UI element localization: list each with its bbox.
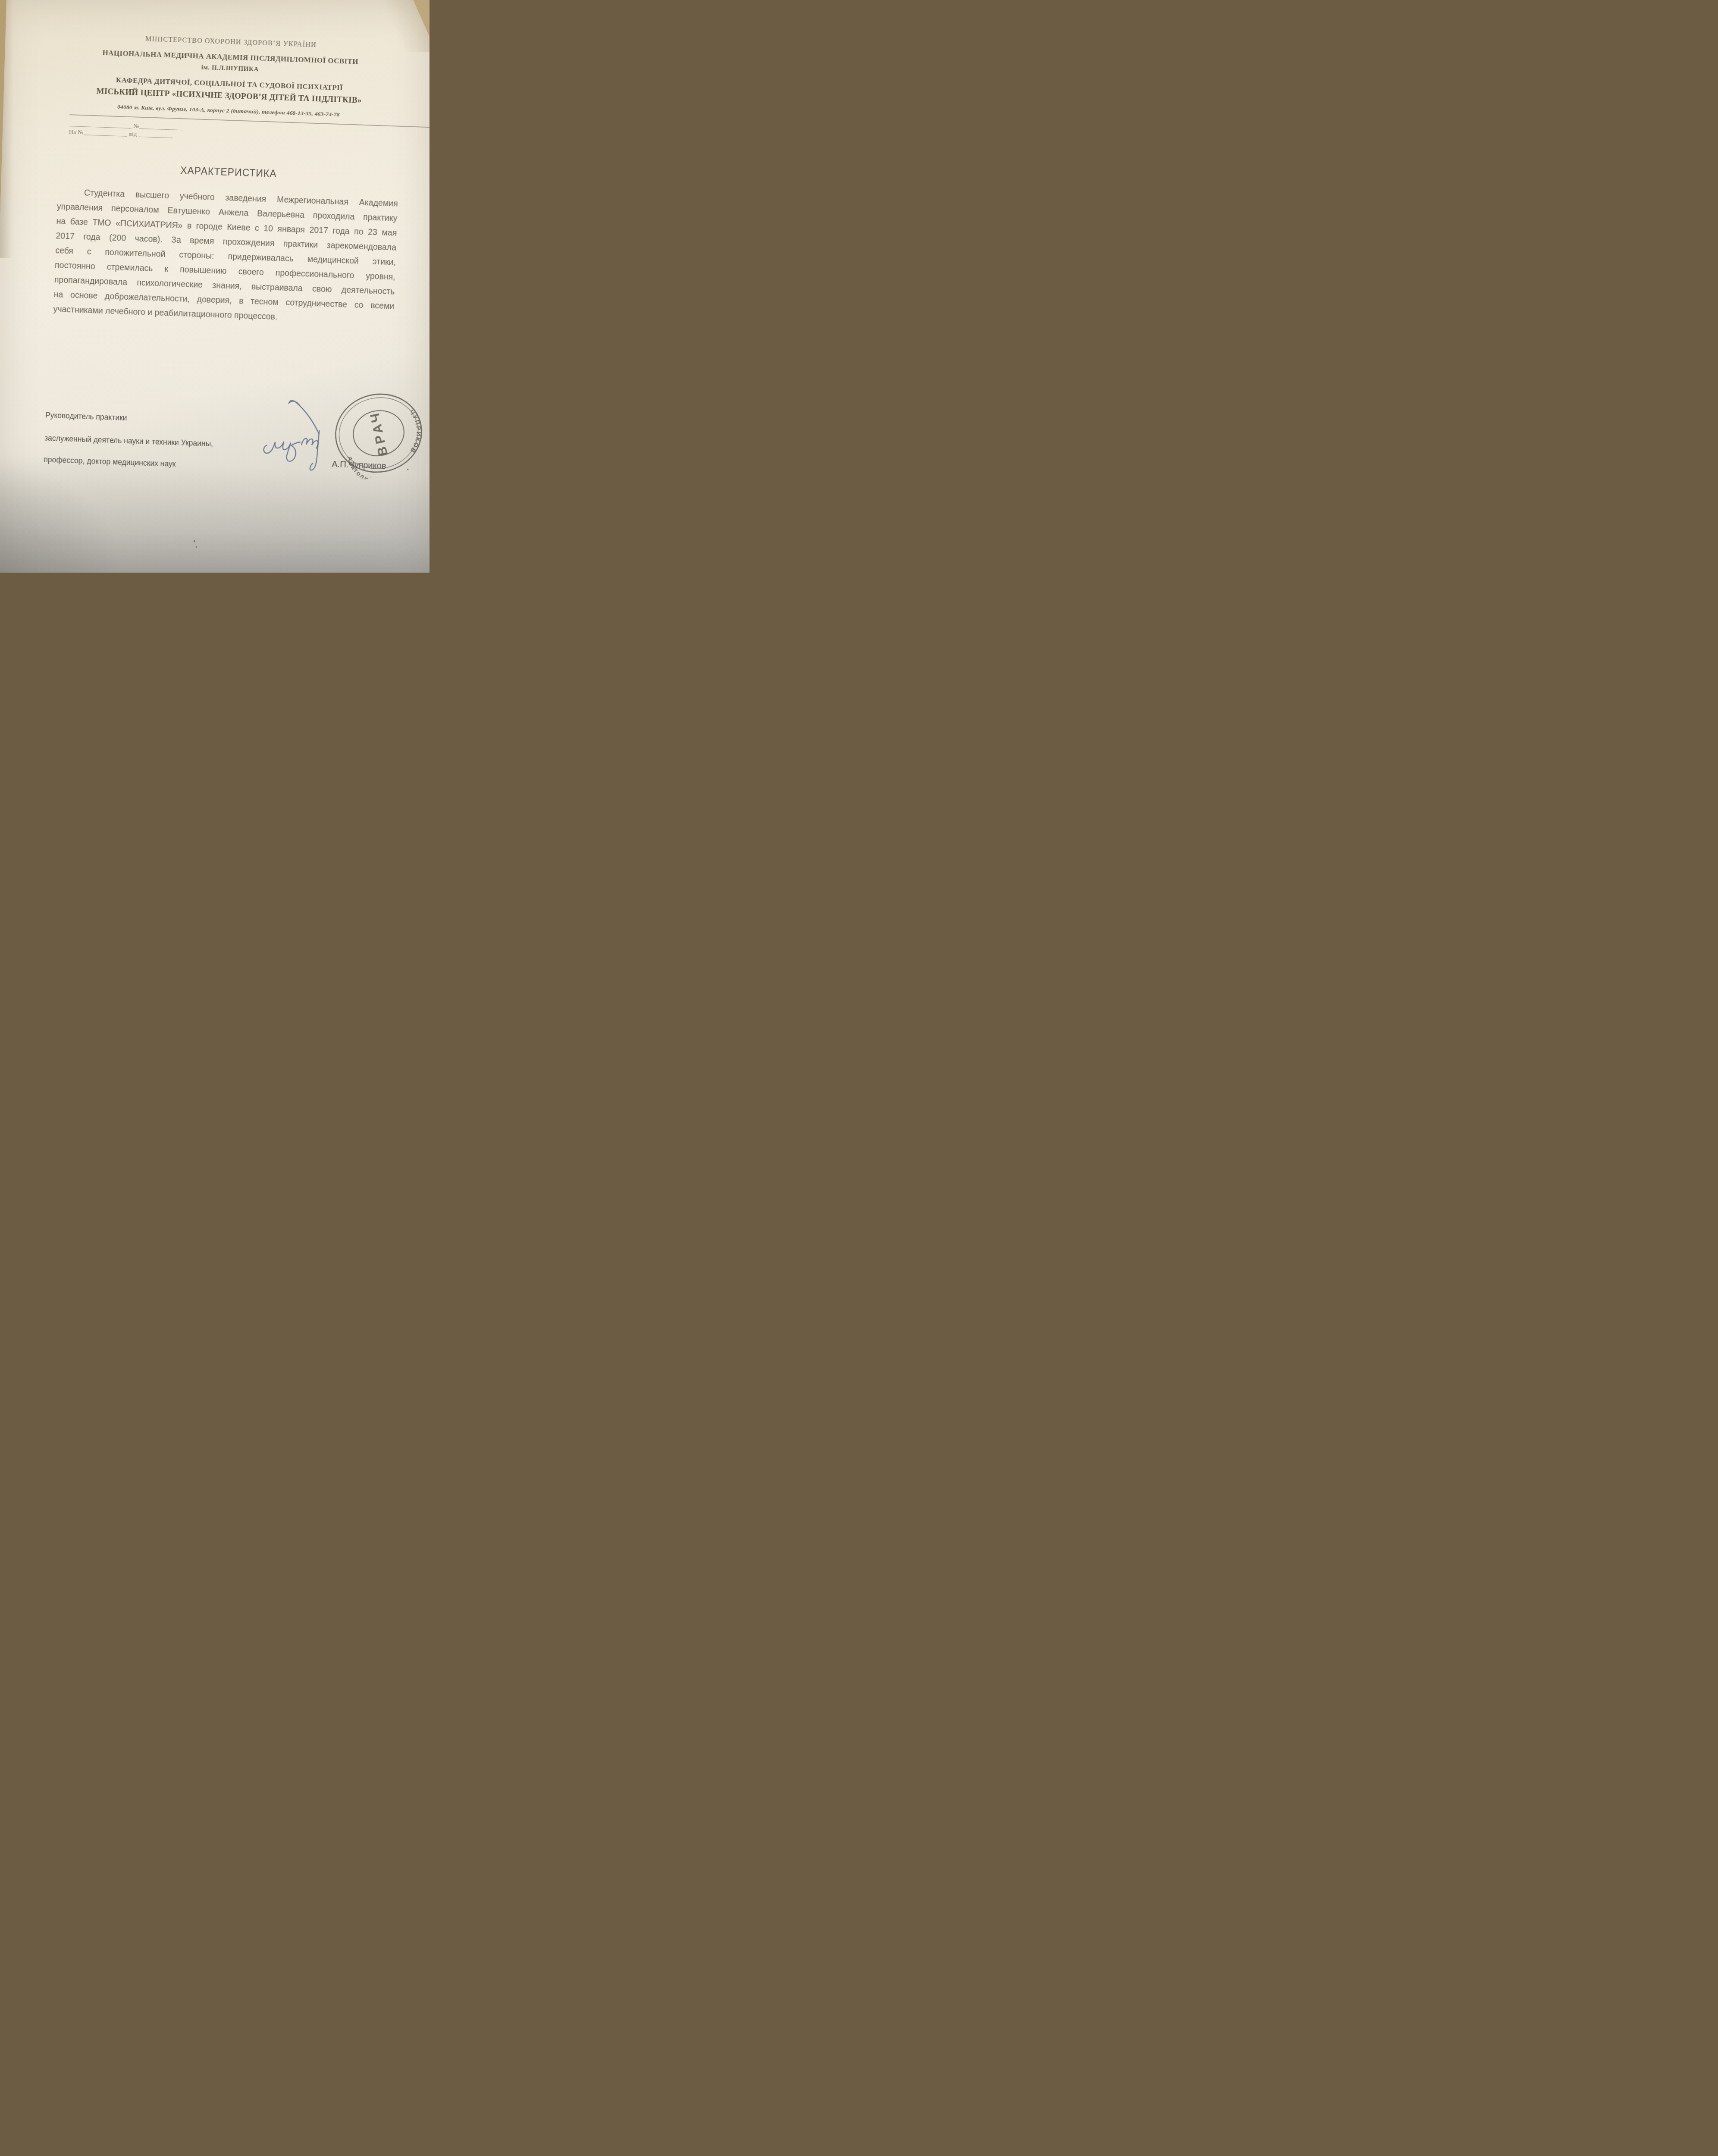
signature-stroke: [310, 430, 319, 470]
signature-stroke: [288, 401, 320, 434]
handwritten-signature: [259, 395, 348, 484]
signature-stroke: [263, 441, 301, 462]
numero-sign: №: [133, 122, 139, 129]
ink-speck: [196, 546, 197, 548]
document-paper: МІНІСТЕРСТВО ОХОРОНИ ЗДОРОВ’Я УКРАЇНИ НА…: [0, 0, 429, 573]
signature-stroke: [301, 438, 318, 448]
signer-role: Руководитель практики: [45, 411, 127, 423]
ref-prefix: На №: [69, 128, 84, 135]
ink-speck: [193, 540, 195, 542]
photo-background: МІНІСТЕРСТВО ОХОРОНИ ЗДОРОВ’Я УКРАЇНИ НА…: [0, 0, 429, 573]
document-title: ХАРАКТЕРИСТИКА: [58, 160, 399, 184]
ref-blank: ______________: [84, 129, 128, 137]
ref-blank: ___________: [138, 131, 173, 139]
body-paragraph: Студентка высшего учебного заведения Меж…: [53, 185, 398, 328]
stamp-center-text: ВРАЧ: [367, 409, 391, 457]
ref-blank: ______________: [139, 123, 183, 131]
letterhead: МІНІСТЕРСТВО ОХОРОНИ ЗДОРОВ’Я УКРАЇНИ НА…: [26, 0, 429, 8]
signer-honors: заслуженный деятель науки и техники Укра…: [44, 433, 213, 448]
document-content: МІНІСТЕРСТВО ОХОРОНИ ЗДОРОВ’Я УКРАЇНИ НА…: [0, 0, 429, 573]
ref-vid-label: від: [129, 131, 137, 138]
ref-blank: ____________________: [69, 120, 132, 129]
signer-degree: профессор, доктор медицинских наук: [44, 455, 176, 469]
